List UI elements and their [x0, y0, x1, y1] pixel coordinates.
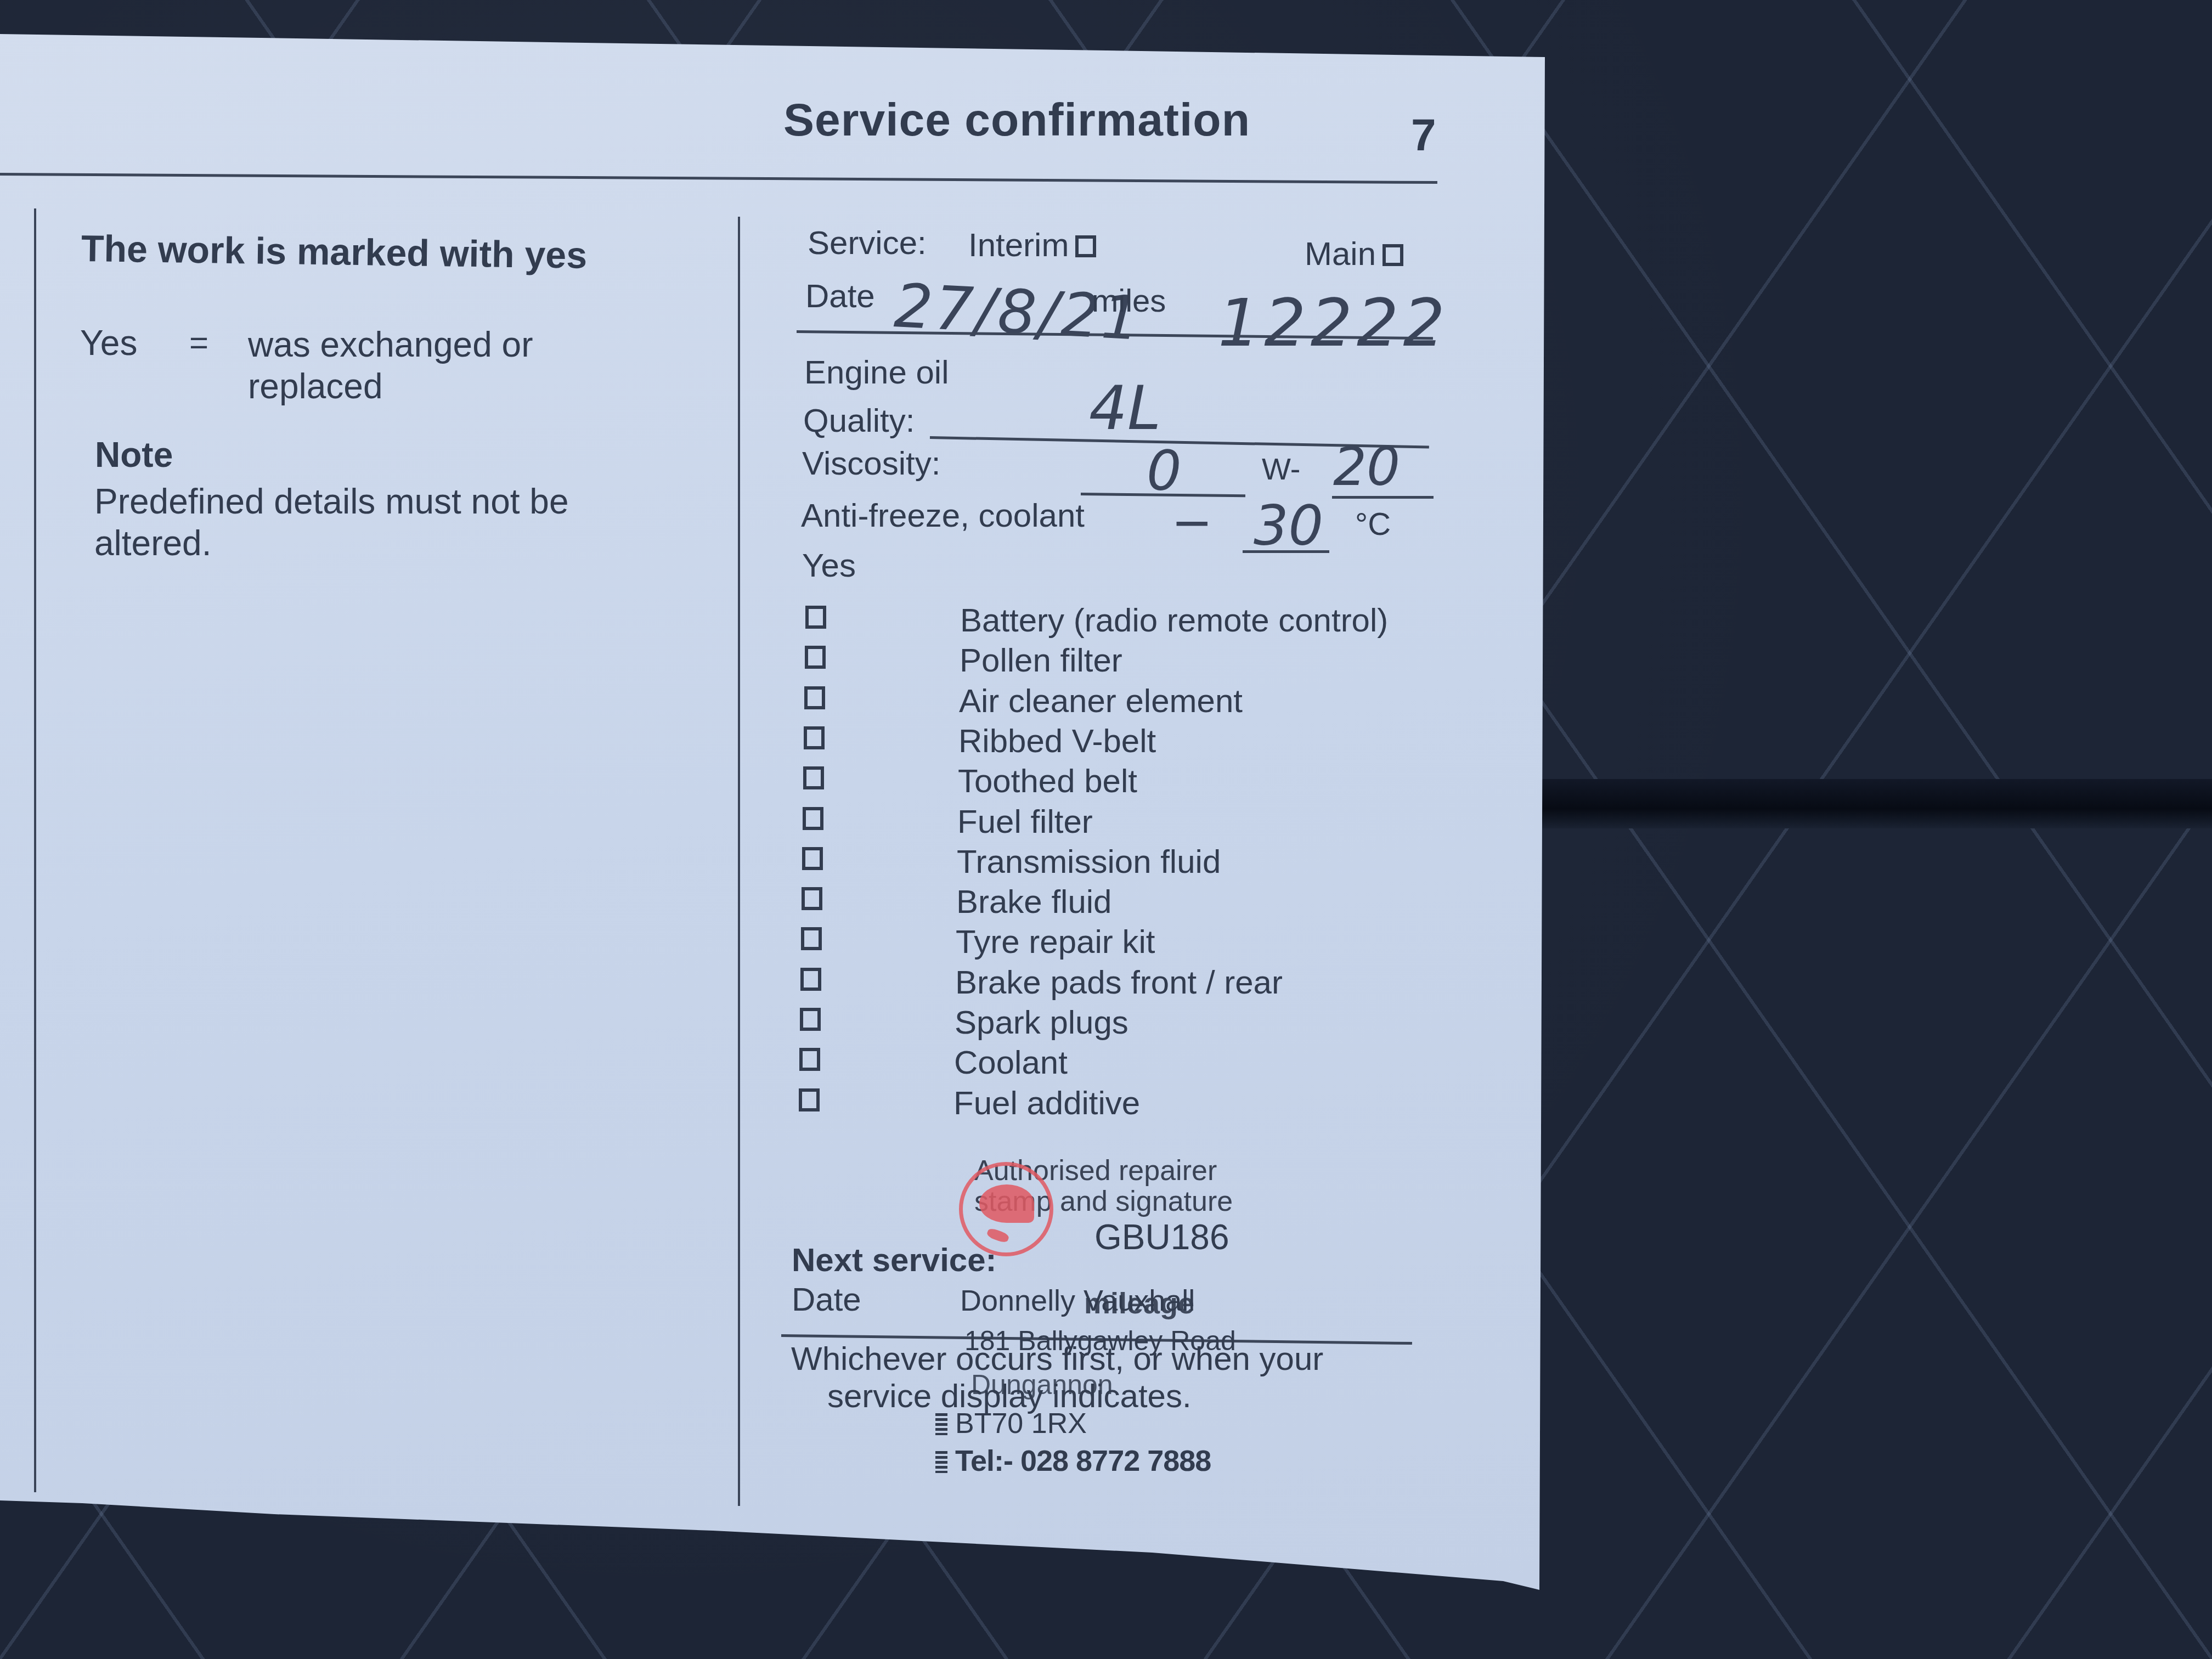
- checklist-checkbox[interactable]: [803, 807, 823, 830]
- service-type-main[interactable]: Main: [1305, 235, 1403, 273]
- checklist-checkbox[interactable]: [805, 646, 826, 669]
- checklist-checkbox[interactable]: [804, 686, 825, 709]
- checklist-label: Coolant: [954, 1043, 1068, 1081]
- oil-quality-field[interactable]: 4L: [1089, 373, 1161, 443]
- viscosity-hot-field[interactable]: 20: [1333, 436, 1400, 498]
- checklist-checkbox[interactable]: [802, 887, 822, 910]
- page-number: 7: [1411, 110, 1436, 161]
- miles-label: miles: [1092, 283, 1166, 319]
- main-label: Main: [1305, 235, 1376, 272]
- checklist-checkbox[interactable]: [802, 847, 823, 870]
- date-label: Date: [805, 277, 875, 315]
- antifreeze-sign: −: [1171, 494, 1212, 551]
- checklist-label: Tyre repair kit: [956, 923, 1155, 961]
- next-service-date-label: Date: [792, 1280, 861, 1318]
- checklist-checkbox[interactable]: [800, 968, 821, 991]
- checklist-checkbox[interactable]: [799, 1048, 820, 1071]
- checklist-label: Brake pads front / rear: [955, 963, 1283, 1001]
- checklist-label: Ribbed V-belt: [958, 722, 1156, 760]
- antifreeze-underline: [1243, 550, 1329, 553]
- checklist-checkbox[interactable]: [803, 766, 824, 789]
- repairer-code: GBU186: [1094, 1217, 1229, 1257]
- checklist-label: Brake fluid: [956, 883, 1111, 921]
- checklist-label: Fuel additive: [953, 1084, 1140, 1122]
- antifreeze-unit: °C: [1355, 506, 1391, 543]
- checklist-label: Spark plugs: [955, 1003, 1128, 1041]
- interim-label: Interim: [968, 227, 1069, 263]
- interim-checkbox[interactable]: [1075, 235, 1096, 257]
- oil-quality-label: Quality:: [803, 402, 915, 439]
- legend-heading: The work is marked with yes: [81, 227, 587, 277]
- antifreeze-temp-field[interactable]: 30: [1254, 494, 1323, 558]
- dealer-telephone: Tel:- 028 8772 7888: [935, 1444, 1211, 1478]
- building-icon: [935, 1413, 947, 1435]
- engine-oil-label: Engine oil: [804, 353, 949, 391]
- note-title: Note: [95, 435, 173, 475]
- checklist-label: Transmission fluid: [957, 843, 1221, 881]
- left-column-border: [34, 208, 36, 1492]
- seat-seam: [1481, 779, 2212, 828]
- service-type-label: Service:: [808, 224, 927, 262]
- checklist-label: Fuel filter: [957, 803, 1093, 840]
- checklist-label: Pollen filter: [960, 641, 1122, 679]
- checklist-label: Battery (radio remote control): [960, 601, 1388, 639]
- dealer-postcode: BT70 1RX: [935, 1407, 1087, 1440]
- service-booklet-page: Service confirmation 7 The work is marke…: [0, 0, 1545, 1591]
- legend-definition: was exchanged or replaced: [248, 324, 588, 407]
- checklist-checkbox[interactable]: [801, 927, 822, 950]
- telephone-text: Tel:- 028 8772 7888: [955, 1444, 1211, 1477]
- phone-icon: [935, 1451, 947, 1473]
- mileage-field[interactable]: 12222: [1218, 285, 1449, 362]
- checklist-checkbox[interactable]: [805, 606, 826, 629]
- next-service-mileage-label: mileage: [1084, 1286, 1194, 1321]
- checklist-checkbox[interactable]: [799, 1088, 820, 1111]
- next-service-title: Next service:: [792, 1241, 997, 1279]
- viscosity-label: Viscosity:: [802, 444, 940, 482]
- antifreeze-label: Anti-freeze, coolant: [801, 496, 1085, 534]
- viscosity-separator: W-: [1262, 451, 1301, 487]
- legend-equals: =: [189, 324, 208, 362]
- checklist-label: Toothed belt: [958, 762, 1137, 800]
- checklist-checkbox[interactable]: [804, 726, 825, 749]
- checklist-label: Air cleaner element: [959, 682, 1243, 720]
- postcode-text: BT70 1RX: [955, 1408, 1087, 1440]
- note-body: Predefined details must not be altered.: [94, 481, 643, 564]
- checklist-checkbox[interactable]: [800, 1008, 821, 1031]
- header-divider: [0, 173, 1437, 184]
- viscosity-hot-underline: [1332, 496, 1434, 499]
- page-title: Service confirmation: [783, 93, 1250, 146]
- main-checkbox[interactable]: [1383, 244, 1403, 266]
- service-type-interim[interactable]: Interim: [968, 226, 1096, 264]
- column-divider: [738, 217, 740, 1506]
- yes-column-label: Yes: [802, 546, 856, 584]
- legend-term: Yes: [80, 323, 137, 363]
- griffin-head-shape: [979, 1184, 1034, 1223]
